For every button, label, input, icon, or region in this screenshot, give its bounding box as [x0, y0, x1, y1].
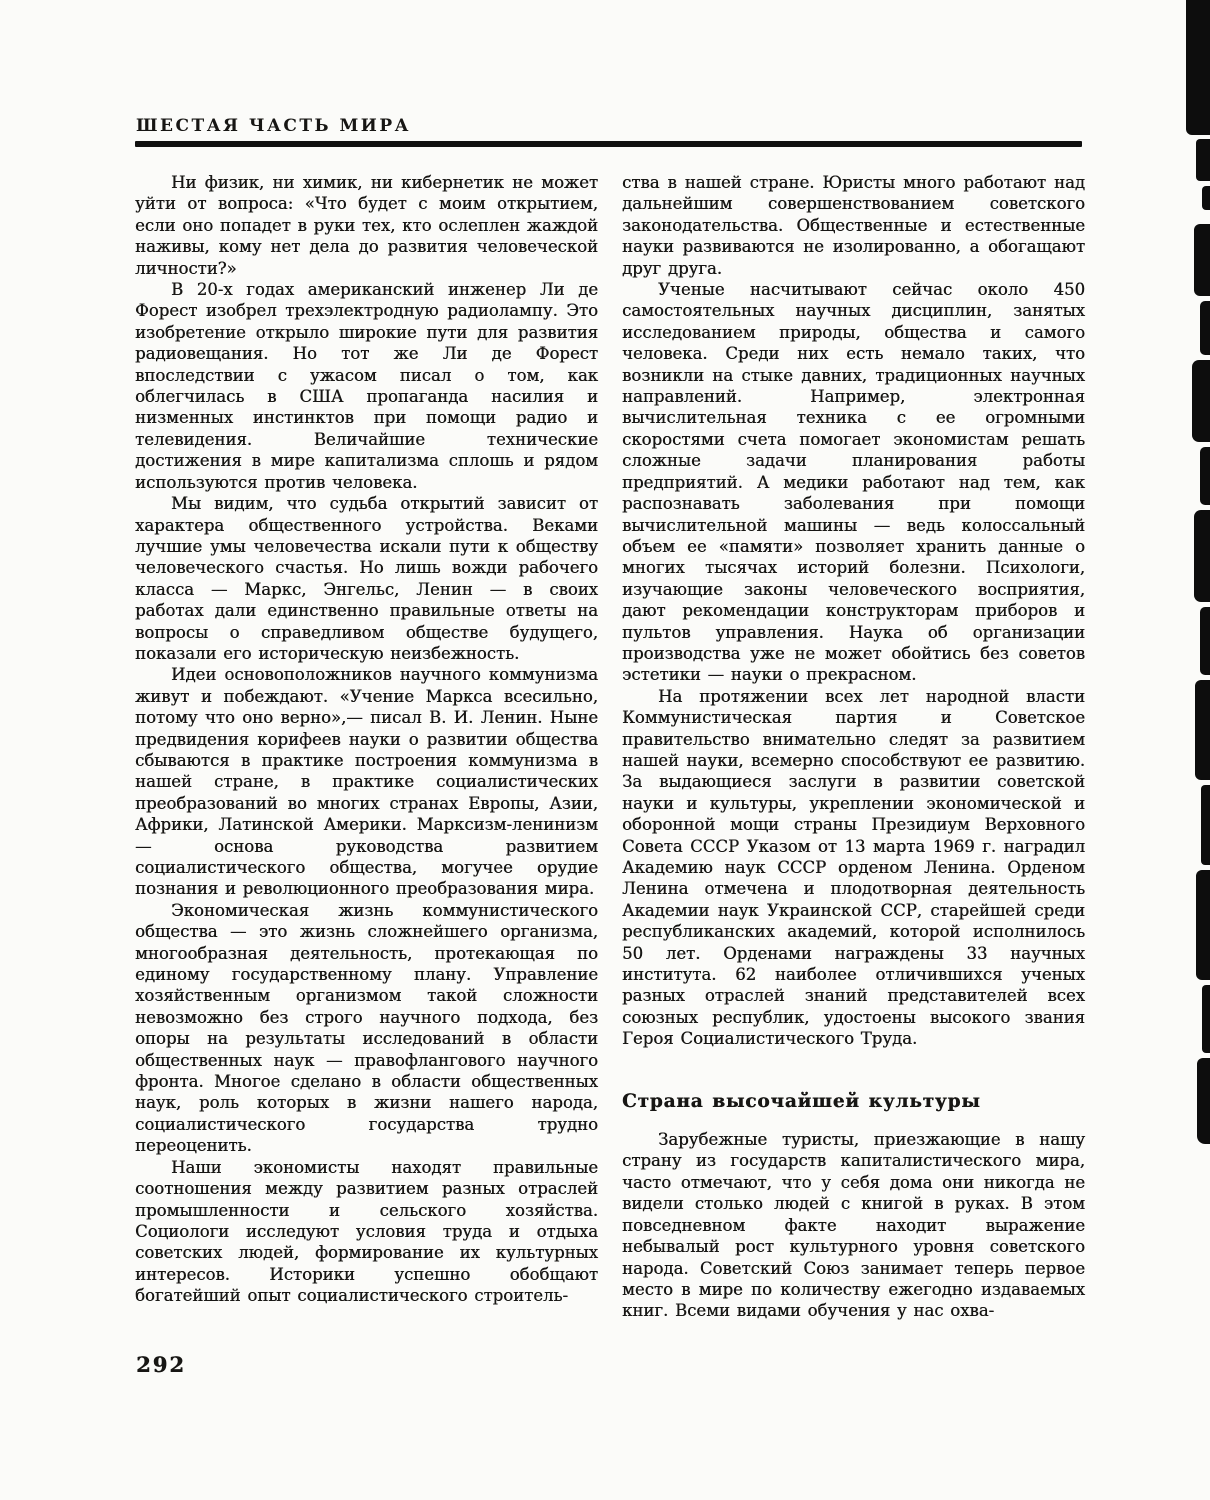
scan-artifact [1195, 680, 1210, 780]
body-paragraph: Мы видим, что судьба открытий зависит от… [135, 493, 598, 664]
scan-artifact [1197, 1058, 1210, 1144]
body-paragraph: На протяжении всех лет народной власти К… [622, 686, 1085, 1050]
scan-artifact [1196, 870, 1210, 980]
body-paragraph: ства в нашей стране. Юристы много работа… [622, 172, 1085, 279]
body-paragraph: Зарубежные туристы, приезжающие в нашу с… [622, 1129, 1085, 1322]
scan-artifact [1196, 139, 1210, 181]
body-paragraph: Наши экономисты находят правильные соотн… [135, 1157, 598, 1307]
scan-artifact [1201, 785, 1210, 865]
right-column: ства в нашей стране. Юристы много работа… [622, 172, 1085, 1322]
scan-artifact [1194, 224, 1210, 296]
body-paragraph: Идеи основоположников научного коммунизм… [135, 664, 598, 899]
scan-artifact [1192, 360, 1210, 442]
body-paragraph: Ученые насчитывают сейчас около 450 само… [622, 279, 1085, 686]
running-head: ШЕСТАЯ ЧАСТЬ МИРА [136, 116, 411, 136]
body-paragraph: В 20-х годах американский инженер Ли де … [135, 279, 598, 493]
scan-artifact [1194, 510, 1210, 602]
left-column: Ни физик, ни химик, ни кибернетик не мож… [135, 172, 598, 1322]
scan-artifact [1202, 985, 1210, 1053]
body-paragraph: Экономическая жизнь коммунистического об… [135, 900, 598, 1157]
scan-artifact [1200, 447, 1210, 505]
scan-artifact [1200, 607, 1210, 675]
body-paragraph: Ни физик, ни химик, ни кибернетик не мож… [135, 172, 598, 279]
scan-artifact [1186, 0, 1210, 135]
scan-artifact [1200, 301, 1210, 355]
page-number: 292 [136, 1352, 186, 1377]
header-rule [135, 141, 1082, 147]
scanned-book-page: ШЕСТАЯ ЧАСТЬ МИРА Ни физик, ни химик, ни… [0, 0, 1210, 1500]
text-columns: Ни физик, ни химик, ни кибернетик не мож… [135, 172, 1085, 1322]
scan-artifact [1202, 186, 1210, 210]
section-heading: Страна высочайшей культуры [622, 1050, 1085, 1129]
scan-edge-artifacts [1180, 0, 1210, 1500]
